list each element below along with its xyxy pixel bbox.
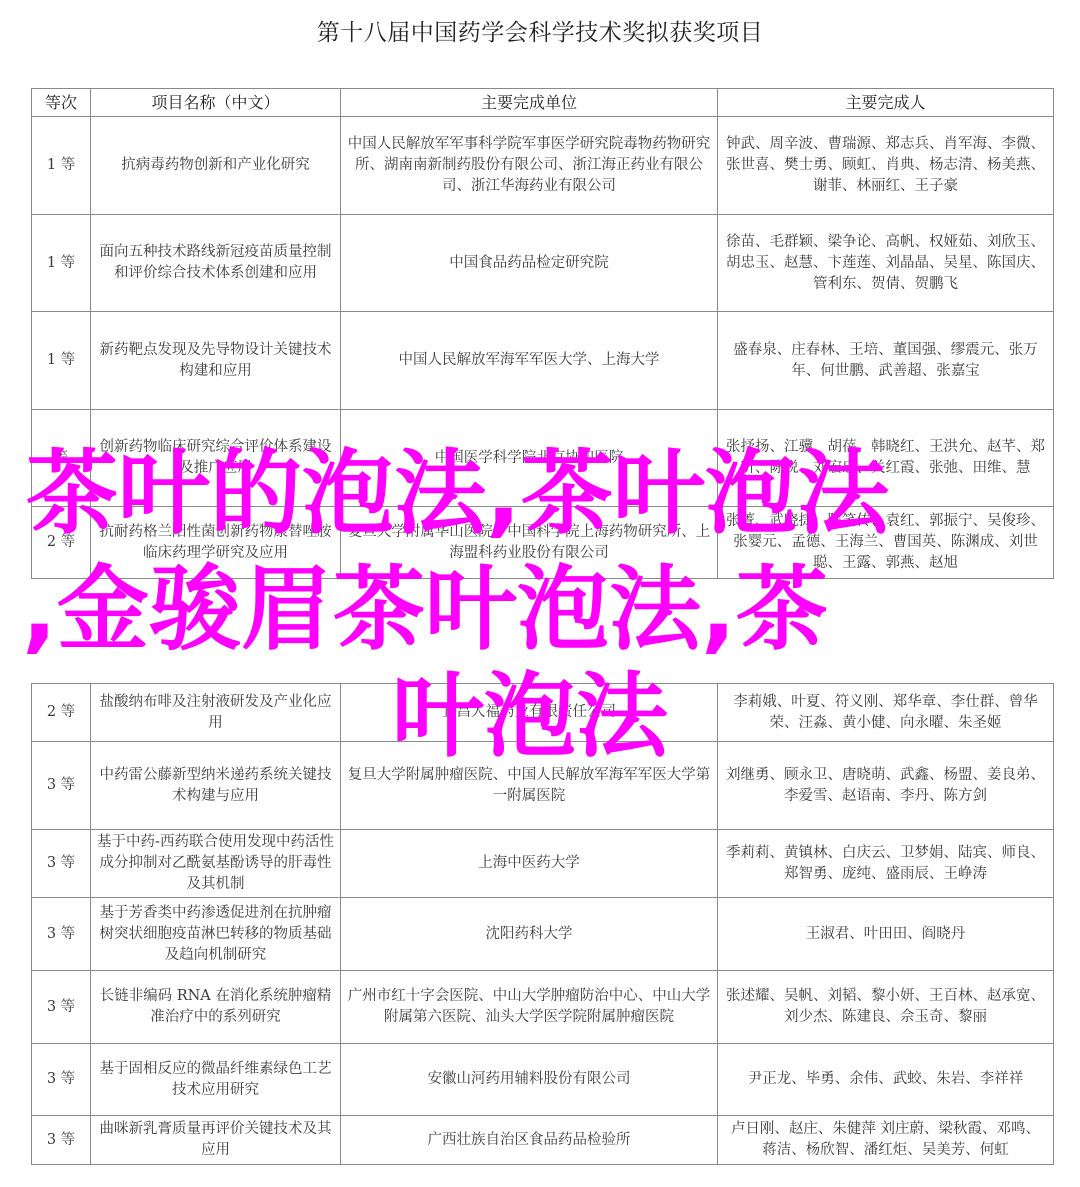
project-cell: 新药靶点发现及先导物设计关键技术构建和应用: [91, 312, 341, 410]
project-cell: 基于固相反应的微晶纤维素绿色工艺技术应用研究: [91, 1044, 341, 1116]
awards-table-part-2: 2 等 盐酸纳布啡及注射液研发及产业化应用 宜昌人福药业有限责任公司 李莉娥、叶…: [31, 683, 1054, 1165]
project-cell: 中药雷公藤新型纳米递药系统关键技术构建与应用: [91, 742, 341, 830]
header-grade: 等次: [32, 89, 91, 117]
table-row: 3 等 长链非编码 RNA 在消化系统肿瘤精准治疗中的系列研究 广州市红十字会医…: [32, 971, 1054, 1044]
project-cell: 盐酸纳布啡及注射液研发及产业化应用: [91, 684, 341, 742]
table-row: 1 等 抗病毒药物创新和产业化研究 中国人民解放军军事科学院军事医学研究院毒物药…: [32, 117, 1054, 215]
awards-table-part-1: 等次 项目名称（中文） 主要完成单位 主要完成人 1 等 抗病毒药物创新和产业化…: [31, 88, 1054, 579]
units-cell: 广西壮族自治区食品药品检验所: [341, 1116, 718, 1165]
units-cell: 沈阳药科大学: [341, 898, 718, 971]
table-row: 3 等 曲咪新乳膏质量再评价关键技术及其应用 广西壮族自治区食品药品检验所 卢日…: [32, 1116, 1054, 1165]
people-cell: 刘继勇、顾永卫、唐晓萌、武鑫、杨盟、姜良弟、李爱雪、赵语南、李丹、陈方剑: [718, 742, 1054, 830]
table-row: 1 等 面向五种技术路线新冠疫苗质量控制和评价综合技术体系创建和应用 中国食品药…: [32, 215, 1054, 312]
table-header-row: 等次 项目名称（中文） 主要完成单位 主要完成人: [32, 89, 1054, 117]
people-cell: 钟武、周辛波、曹瑞源、郑志兵、肖军海、李微、张世喜、樊士勇、顾虹、肖典、杨志清、…: [718, 117, 1054, 215]
table-row: 2 等 抗耐药格兰阳性菌创新药物康替唑胺临床药理学研究及应用 复旦大学附属华山医…: [32, 507, 1054, 579]
project-cell: 面向五种技术路线新冠疫苗质量控制和评价综合技术体系创建和应用: [91, 215, 341, 312]
grade-cell: 2 等: [32, 684, 91, 742]
grade-cell: 3 等: [32, 742, 91, 830]
units-cell: 复旦大学附属肿瘤医院、中国人民解放军海军军医大学第一附属医院: [341, 742, 718, 830]
people-cell: 张抒扬、江骥、胡蓓、韩晓红、王洪允、赵芊、郑昕、陈锐、刘宏忠、关红霞、张弛、田维…: [718, 410, 1054, 507]
grade-cell: 3 等: [32, 971, 91, 1044]
units-cell: 上海中医药大学: [341, 830, 718, 898]
people-cell: 尹正龙、毕勇、余伟、武蛟、朱岩、李祥祥: [718, 1044, 1054, 1116]
table-row: 3 等 基于中药-西药联合使用发现中药活性成分抑制对乙酰氨基酚诱导的肝毒性及其机…: [32, 830, 1054, 898]
people-cell: 季莉莉、黄镇林、白庆云、卫梦娟、陆宾、师良、郑智勇、庞纯、盛雨辰、王峥涛: [718, 830, 1054, 898]
project-cell: 曲咪新乳膏质量再评价关键技术及其应用: [91, 1116, 341, 1165]
grade-cell: 3 等: [32, 898, 91, 971]
units-cell: 中国人民解放军海军军医大学、上海大学: [341, 312, 718, 410]
units-cell: 广州市红十字会医院、中山大学肿瘤防治中心、中山大学附属第六医院、汕头大学医学院附…: [341, 971, 718, 1044]
table-row: 3 等 基于芳香类中药渗透促进剂在抗肿瘤树突状细胞疫苗淋巴转移的物质基础及趋向机…: [32, 898, 1054, 971]
document-title: 第十八届中国药学会科学技术奖拟获奖项目: [0, 14, 1080, 47]
table-row: 3 等 中药雷公藤新型纳米递药系统关键技术构建与应用 复旦大学附属肿瘤医院、中国…: [32, 742, 1054, 830]
people-cell: 张述耀、吴帆、刘韬、黎小妍、王百林、赵承宽、刘少杰、陈建良、佘玉奇、黎丽: [718, 971, 1054, 1044]
grade-cell: 1 等: [32, 117, 91, 215]
header-project: 项目名称（中文）: [91, 89, 341, 117]
header-people: 主要完成人: [718, 89, 1054, 117]
project-cell: 创新药物临床研究综合评价体系建设及推广应用: [91, 410, 341, 507]
people-cell: 徐苗、毛群颖、梁争论、高帆、权娅茹、刘欣玉、胡忠玉、赵慧、卞莲莲、刘晶晶、吴星、…: [718, 215, 1054, 312]
table-row: 3 等 基于固相反应的微晶纤维素绿色工艺技术应用研究 安徽山河药用辅料股份有限公…: [32, 1044, 1054, 1116]
table-row: 1 等 新药靶点发现及先导物设计关键技术构建和应用 中国人民解放军海军军医大学、…: [32, 312, 1054, 410]
grade-cell: 3 等: [32, 830, 91, 898]
people-cell: 王淑君、叶田田、阎晓丹: [718, 898, 1054, 971]
grade-cell: 等: [32, 410, 91, 507]
table-row: 2 等 盐酸纳布啡及注射液研发及产业化应用 宜昌人福药业有限责任公司 李莉娥、叶…: [32, 684, 1054, 742]
units-cell: 中国食品药品检定研究院: [341, 215, 718, 312]
people-cell: 张菁、武晓捷、陈笑传、袁红、郭振宁、吴俊珍、张婴元、孟德、王海兰、曹国英、陈渊成…: [718, 507, 1054, 579]
project-cell: 抗耐药格兰阳性菌创新药物康替唑胺临床药理学研究及应用: [91, 507, 341, 579]
project-cell: 长链非编码 RNA 在消化系统肿瘤精准治疗中的系列研究: [91, 971, 341, 1044]
grade-cell: 3 等: [32, 1044, 91, 1116]
grade-cell: 2 等: [32, 507, 91, 579]
units-cell: 宜昌人福药业有限责任公司: [341, 684, 718, 742]
units-cell: 安徽山河药用辅料股份有限公司: [341, 1044, 718, 1116]
people-cell: 盛春泉、庄春林、王培、董国强、缪震元、张万年、何世鹏、武善超、张嘉宝: [718, 312, 1054, 410]
people-cell: 卢日刚、赵庄、朱健萍 刘庄蔚、梁秋霞、邓鸣、蒋洁、杨欣智、潘红炬、吴美芳、何虹: [718, 1116, 1054, 1165]
header-units: 主要完成单位: [341, 89, 718, 117]
units-cell: 中国人民解放军军事科学院军事医学研究院毒物药物研究所、湖南南新制药股份有限公司、…: [341, 117, 718, 215]
people-cell: 李莉娥、叶夏、符义刚、郑华章、李仕群、曾华荣、汪淼、黄小健、向永曜、朱圣姬: [718, 684, 1054, 742]
grade-cell: 1 等: [32, 312, 91, 410]
project-cell: 基于芳香类中药渗透促进剂在抗肿瘤树突状细胞疫苗淋巴转移的物质基础及趋向机制研究: [91, 898, 341, 971]
units-cell: 复旦大学附属华山医院、中国科学院上海药物研究所、上海盟科药业股份有限公司: [341, 507, 718, 579]
units-cell: 中国医学科学院北京协和医院: [341, 410, 718, 507]
project-cell: 基于中药-西药联合使用发现中药活性成分抑制对乙酰氨基酚诱导的肝毒性及其机制: [91, 830, 341, 898]
table-row: 等 创新药物临床研究综合评价体系建设及推广应用 中国医学科学院北京协和医院 张抒…: [32, 410, 1054, 507]
grade-cell: 1 等: [32, 215, 91, 312]
project-cell: 抗病毒药物创新和产业化研究: [91, 117, 341, 215]
grade-cell: 3 等: [32, 1116, 91, 1165]
